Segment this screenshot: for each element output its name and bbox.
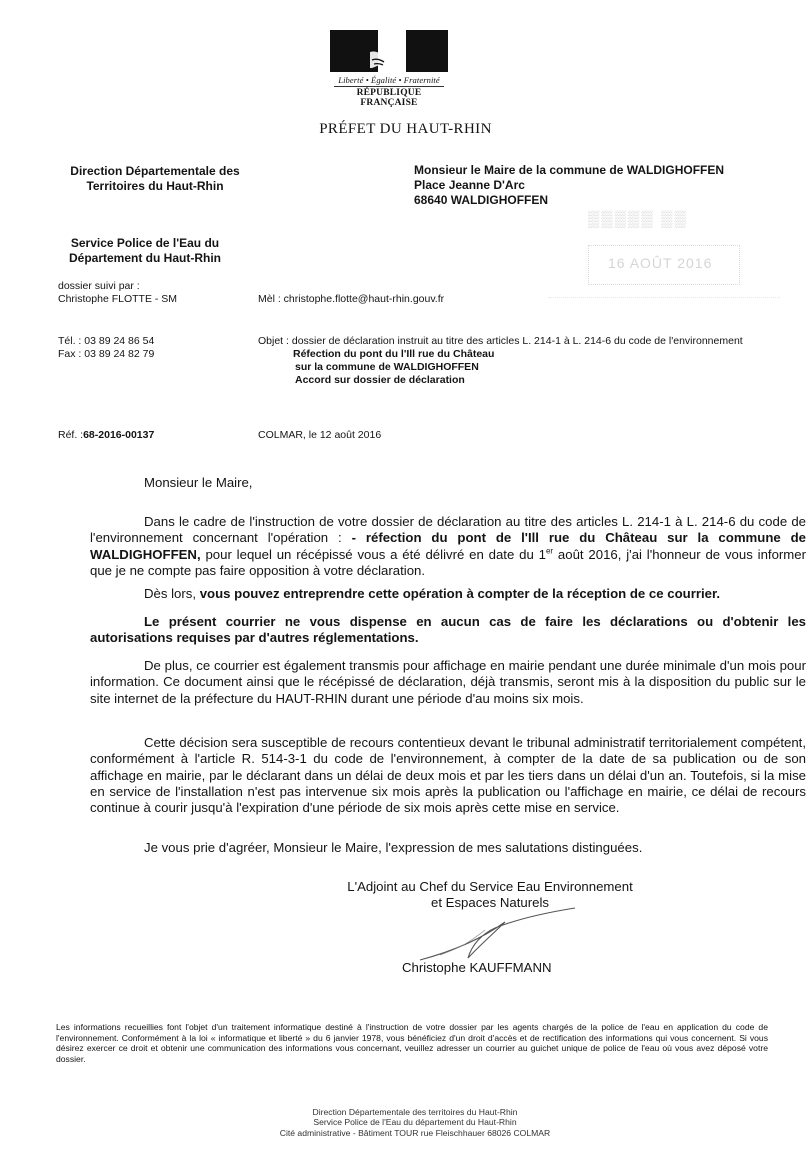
reference-label: Réf. : (58, 429, 83, 441)
paragraph-2: Dès lors, vous pouvez entreprendre cette… (90, 586, 806, 602)
received-stamp: ▒▒▒▒▒ ▒▒ 16 AOÛT 2016 (548, 205, 780, 325)
recipient-address: Monsieur le Maire de la commune de WALDI… (414, 163, 724, 208)
followed-by-label: dossier suivi par : (58, 280, 177, 293)
subject-block: Objet : dossier de déclaration instruit … (258, 335, 803, 387)
logo-republique-francaise: RÉPUBLIQUE FRANÇAISE (330, 88, 448, 108)
prefet-title: PRÉFET DU HAUT-RHIN (0, 121, 811, 138)
paragraph-4: De plus, ce courrier est également trans… (90, 658, 806, 707)
sender-direction-line1: Direction Départementale des (40, 164, 270, 179)
paragraph-5: Cette décision sera susceptible de recou… (90, 735, 806, 816)
signatory-name: Christophe KAUFFMANN (402, 960, 552, 976)
subject-line1: Réfection du pont du l'Ill rue du Châtea… (258, 348, 803, 361)
sender-tel: Tél. : 03 89 24 86 54 (58, 335, 154, 348)
footer-address: Direction Départementale des territoires… (200, 1107, 630, 1138)
republique-francaise-logo: Liberté • Égalité • Fraternité RÉPUBLIQU… (330, 30, 448, 108)
footer-line1: Direction Départementale des territoires… (200, 1107, 630, 1117)
reference: Réf. :68-2016-00137 (58, 429, 154, 442)
paragraph-6: Je vous prie d'agréer, Monsieur le Maire… (90, 840, 806, 856)
paragraph-3: Le présent courrier ne vous dispense en … (90, 614, 806, 647)
sender-phone-fax: Tél. : 03 89 24 86 54 Fax : 03 89 24 82 … (58, 335, 154, 361)
followed-by-name: Christophe FLOTTE - SM (58, 293, 177, 306)
subject-line3: Accord sur dossier de déclaration (258, 374, 803, 387)
reference-value: 68-2016-00137 (83, 429, 154, 441)
sender-service-line1: Service Police de l'Eau du (40, 236, 250, 251)
recipient-line1: Monsieur le Maire de la commune de WALDI… (414, 163, 724, 178)
paragraph-1: Dans le cadre de l'instruction de votre … (90, 514, 806, 579)
dossier-followed-by: dossier suivi par : Christophe FLOTTE - … (58, 280, 177, 306)
privacy-footnote: Les informations recueillies font l'obje… (56, 1022, 768, 1064)
signatory-title-line1: L'Adjoint au Chef du Service Eau Environ… (330, 879, 650, 895)
received-stamp-date: 16 AOÛT 2016 (608, 255, 712, 271)
footer-line3: Cité administrative - Bâtiment TOUR rue … (200, 1128, 630, 1138)
sender-service: Service Police de l'Eau du Département d… (40, 236, 250, 265)
logo-motto: Liberté • Égalité • Fraternité (330, 75, 448, 85)
sender-service-line2: Département du Haut-Rhin (40, 251, 250, 266)
subject-line2: sur la commune de WALDIGHOFFEN (258, 361, 803, 374)
sender-email: Mèl : christophe.flotte@haut-rhin.gouv.f… (258, 293, 444, 306)
sender-direction: Direction Départementale des Territoires… (40, 164, 270, 193)
salutation: Monsieur le Maire, (144, 475, 252, 491)
sender-fax: Fax : 03 89 24 82 79 (58, 348, 154, 361)
place-and-date: COLMAR, le 12 août 2016 (258, 429, 381, 442)
subject-intro: Objet : dossier de déclaration instruit … (258, 335, 803, 348)
footer-line2: Service Police de l'Eau du département d… (200, 1117, 630, 1127)
recipient-line2: Place Jeanne D'Arc (414, 178, 724, 193)
marianne-logo-icon (330, 30, 448, 72)
sender-direction-line2: Territoires du Haut-Rhin (40, 179, 270, 194)
